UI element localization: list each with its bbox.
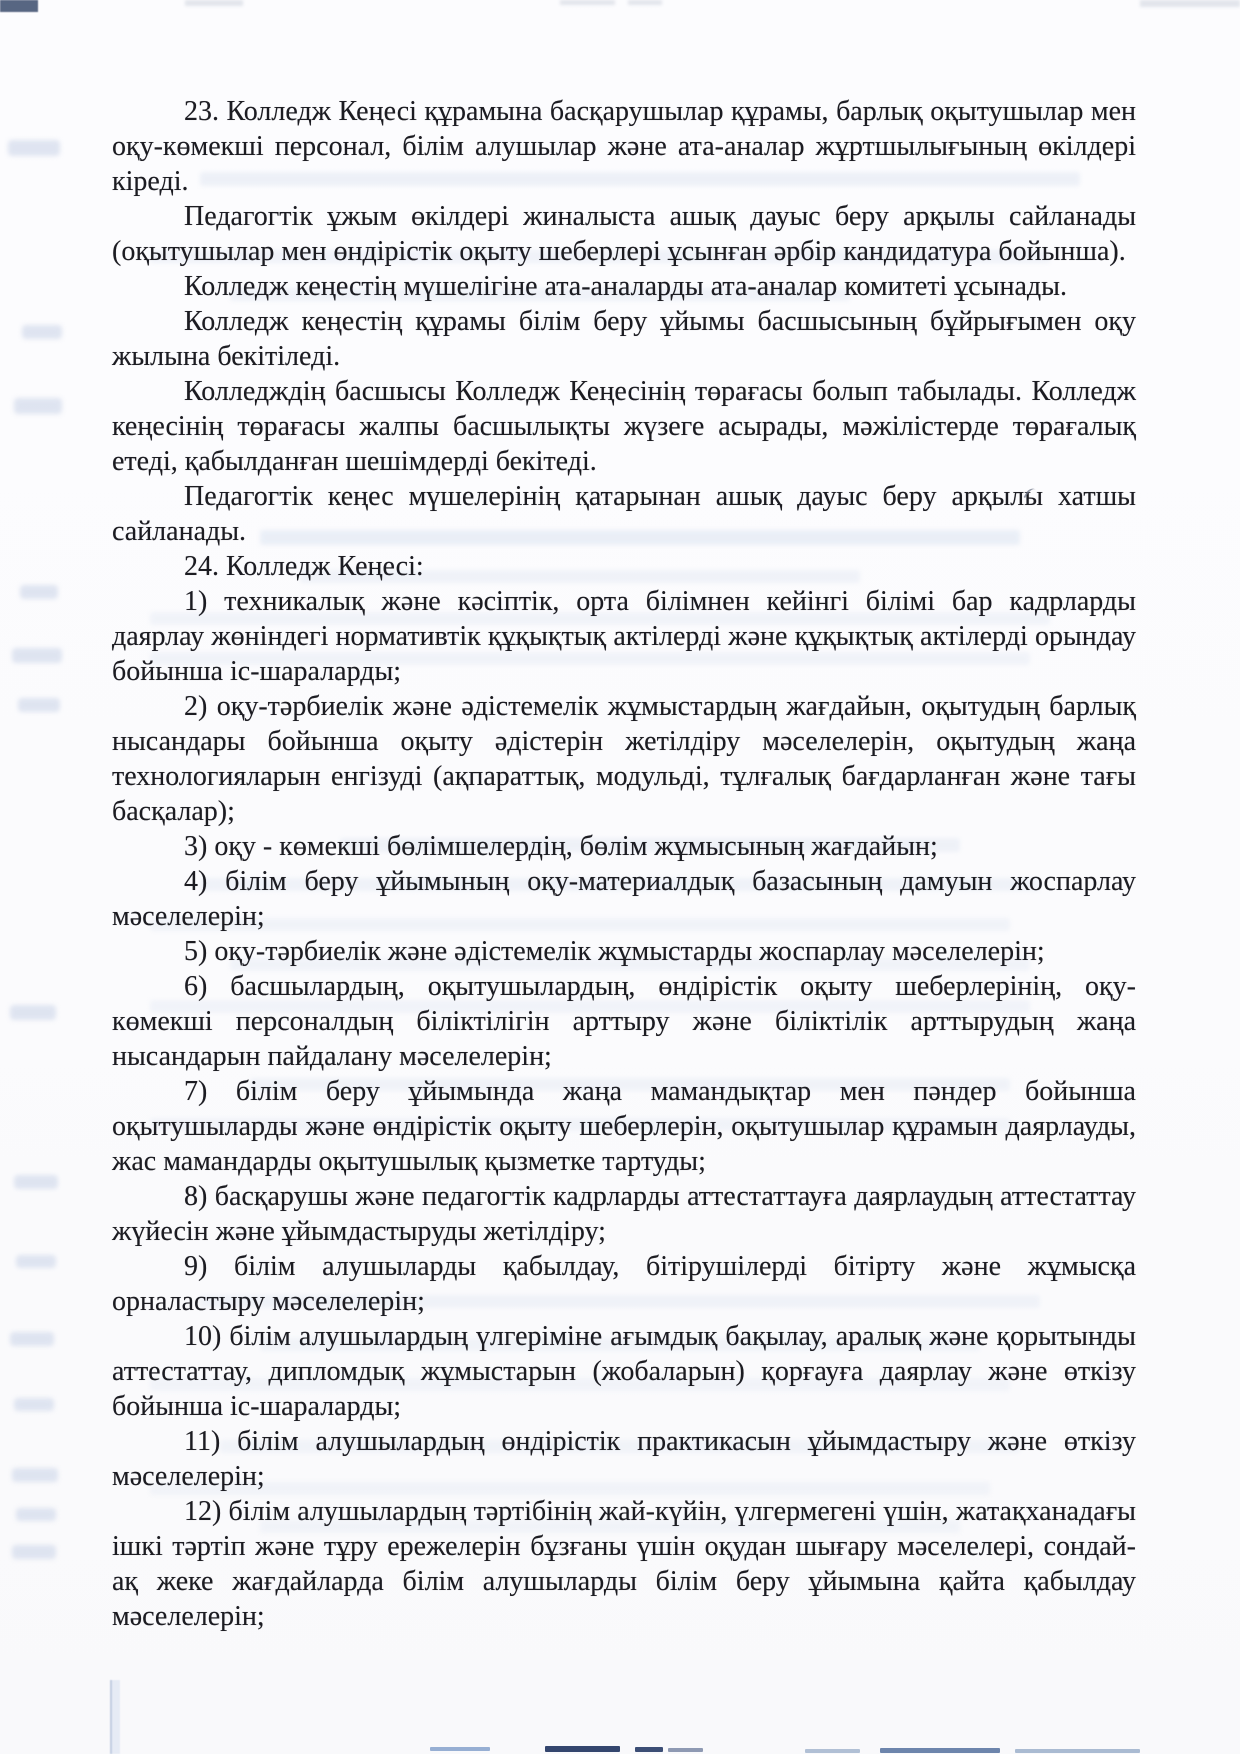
paragraph: 5) оқу-тәрбиелік және әдістемелік жұмыст…	[112, 934, 1136, 969]
paragraph: Педагогтік ұжым өкілдері жиналыста ашық …	[112, 199, 1136, 269]
bleedthrough-fragment	[14, 398, 62, 414]
paragraph: Педагогтік кеңес мүшелерінің қатарынан а…	[112, 479, 1136, 549]
bleedthrough-fragment	[20, 585, 58, 599]
paragraph: 10) білім алушылардың үлгеріміне ағымдық…	[112, 1319, 1136, 1424]
paragraph: 24. Колледж Кеңесі:	[112, 549, 1136, 584]
paragraph: 3) оқу - көмекші бөлімшелердің, бөлім жұ…	[112, 829, 1136, 864]
scan-edge-dash	[430, 1747, 490, 1751]
paragraph: 23. Колледж Кеңесі құрамына басқарушылар…	[112, 94, 1136, 199]
paragraph: 1) техникалық және кәсіптік, орта білімн…	[112, 584, 1136, 689]
paragraph: Колледж кеңестің құрамы білім беру ұйымы…	[112, 304, 1136, 374]
bleedthrough-fragment	[12, 648, 62, 663]
scan-smudge	[185, 0, 243, 6]
scan-edge-dash	[1015, 1749, 1140, 1753]
scan-smudge	[1140, 0, 1240, 7]
bleedthrough-fragment	[10, 1332, 54, 1346]
bleedthrough-fragment	[14, 1398, 54, 1411]
paragraph: 12) білім алушылардың тәртібінің жай-күй…	[112, 1494, 1136, 1634]
bleedthrough-fragment	[8, 140, 60, 156]
document-body: 23. Колледж Кеңесі құрамына басқарушылар…	[112, 94, 1136, 1634]
bleedthrough-fragment	[16, 1508, 56, 1521]
paragraph: Колледждің басшысы Колледж Кеңесінің төр…	[112, 374, 1136, 479]
paragraph: Колледж кеңестің мүшелігіне ата-аналарды…	[112, 269, 1136, 304]
bleedthrough-fragment	[12, 1545, 56, 1559]
bleedthrough-fragment	[14, 1175, 58, 1189]
paragraph: 11) білім алушылардың өндірістік практик…	[112, 1424, 1136, 1494]
scan-edge-dash	[635, 1747, 663, 1752]
paragraph: 8) басқарушы және педагогтік кадрларды а…	[112, 1179, 1136, 1249]
scan-edge-dash	[805, 1749, 860, 1753]
paragraph: 4) білім беру ұйымының оқу-материалдық б…	[112, 864, 1136, 934]
bleedthrough-fragment	[16, 1255, 56, 1268]
scan-streak-artifact	[110, 1680, 120, 1754]
scan-smudge	[628, 0, 662, 5]
bleedthrough-fragment	[18, 698, 60, 712]
scan-edge-dash	[880, 1748, 1000, 1753]
paragraph: 9) білім алушыларды қабылдау, бітірушіле…	[112, 1249, 1136, 1319]
scan-smudge	[560, 0, 615, 5]
bleedthrough-fragment	[10, 1005, 56, 1020]
paragraph: 6) басшылардың, оқытушылардың, өндірісті…	[112, 969, 1136, 1074]
scan-edge-artifact	[0, 0, 38, 12]
scan-edge-dash	[668, 1748, 703, 1752]
bleedthrough-fragment	[12, 1468, 58, 1482]
scanned-document-page: 23. Колледж Кеңесі құрамына басқарушылар…	[0, 0, 1240, 1754]
bleedthrough-fragment	[22, 325, 62, 339]
paragraph: 2) оқу-тәрбиелік және әдістемелік жұмыст…	[112, 689, 1136, 829]
scan-edge-dash	[545, 1746, 620, 1752]
paragraph: 7) білім беру ұйымында жаңа мамандықтар …	[112, 1074, 1136, 1179]
